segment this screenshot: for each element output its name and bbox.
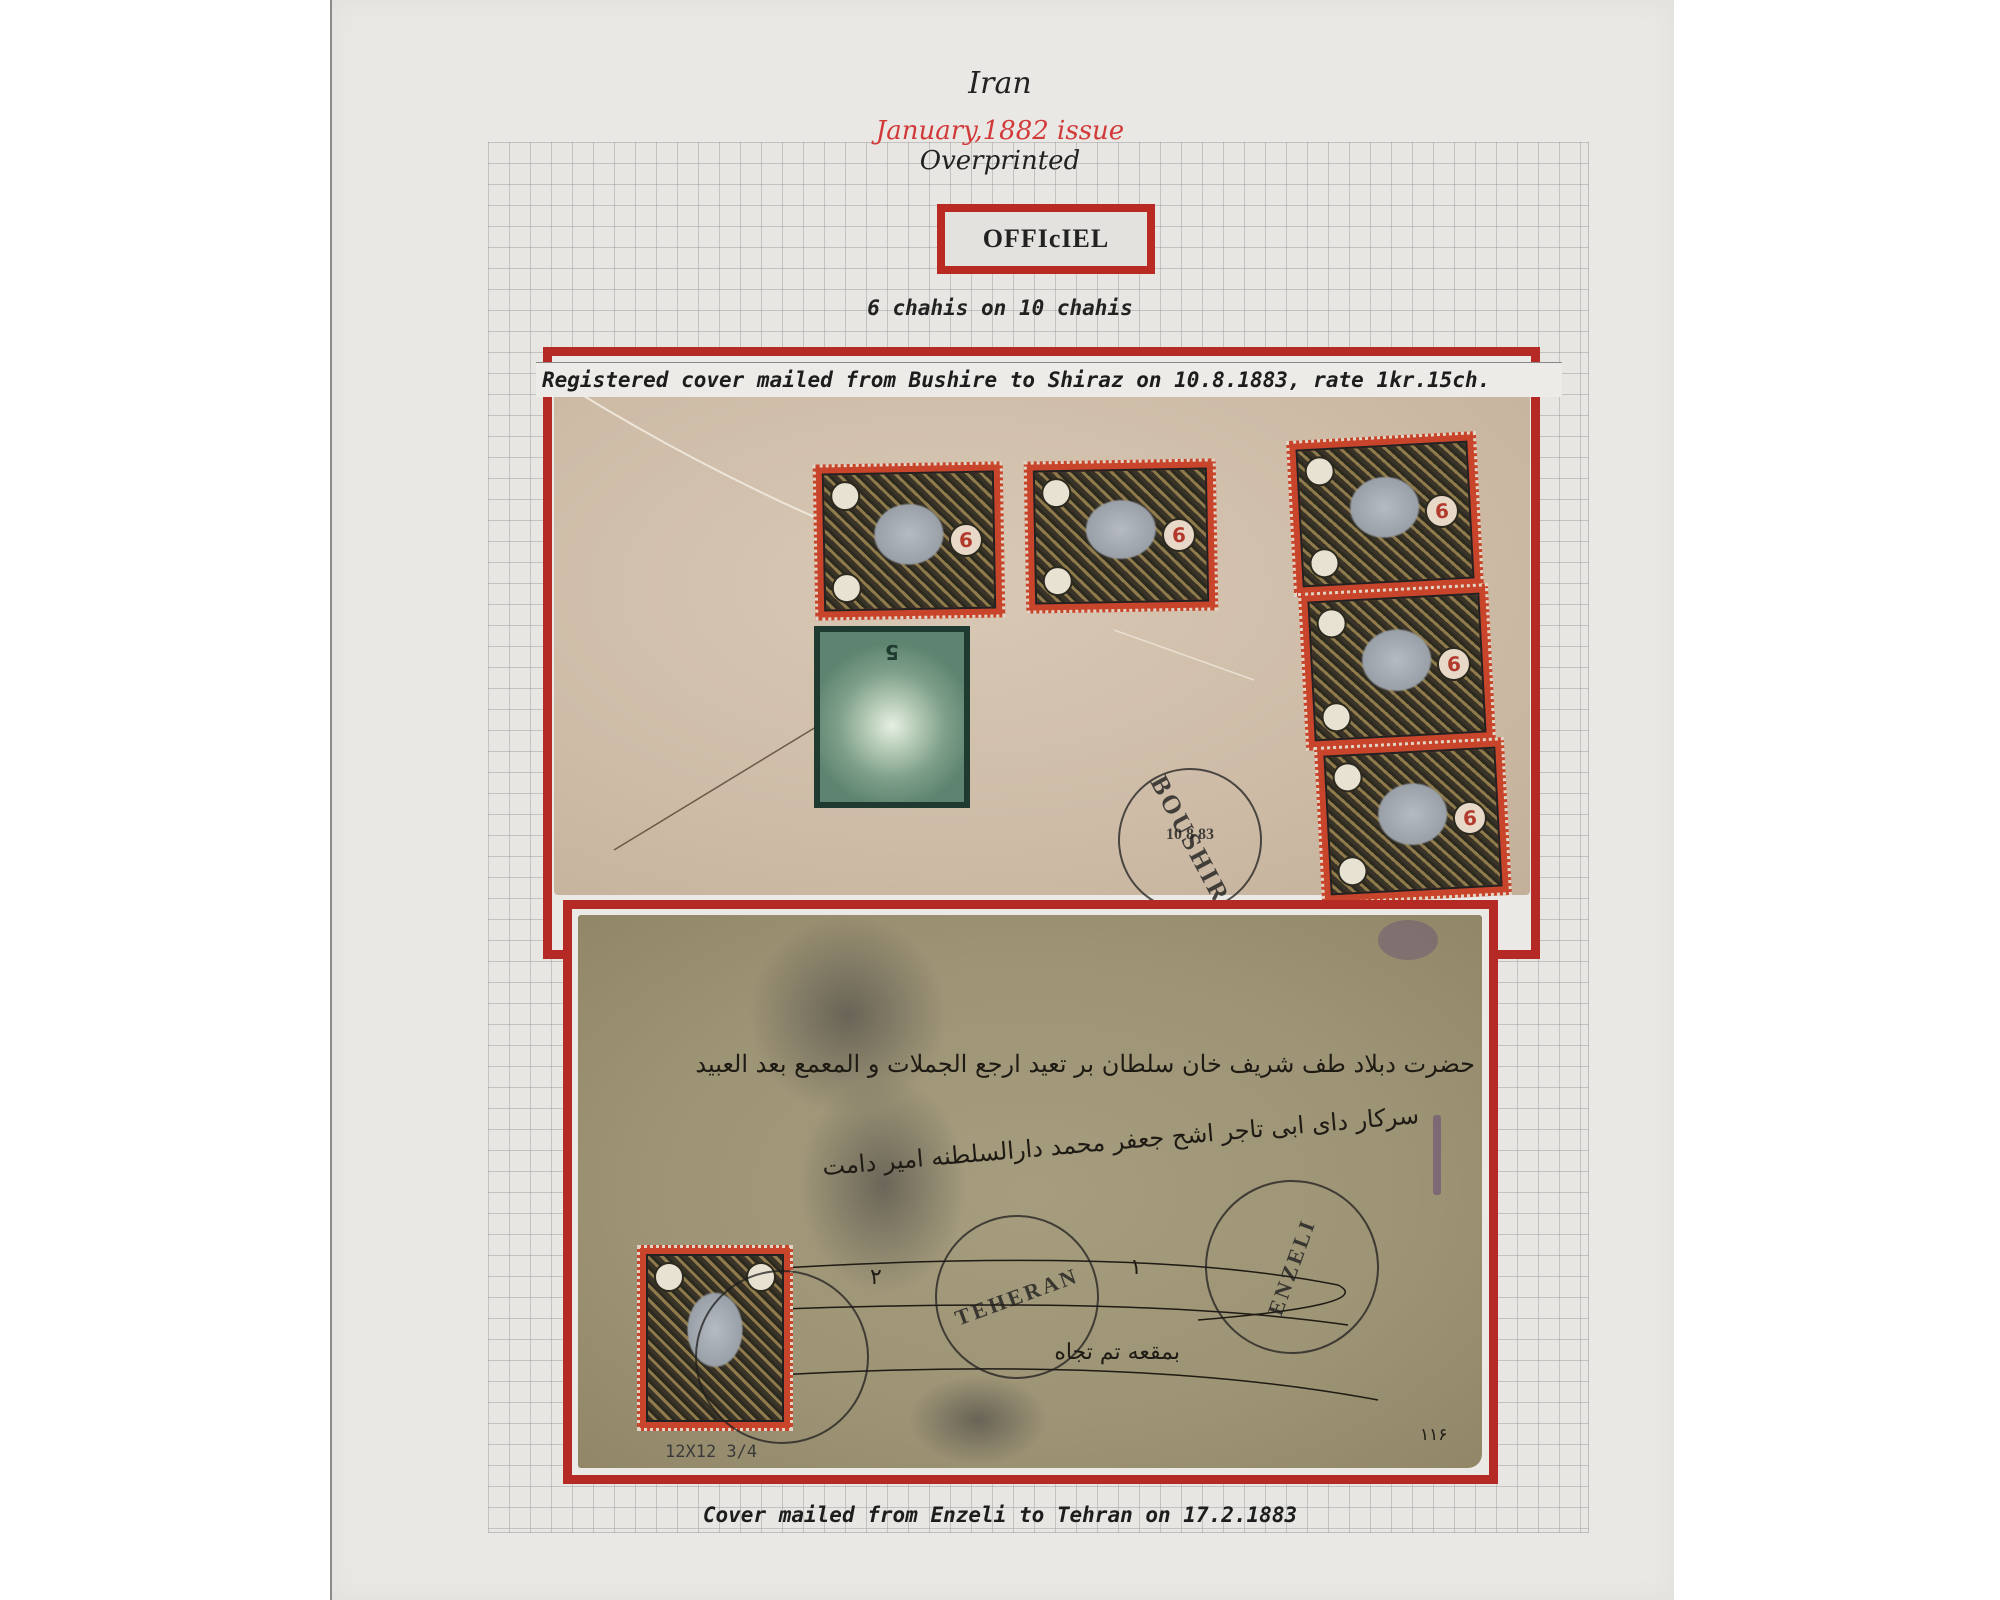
stamp-overprinted: 6 <box>1024 458 1219 613</box>
manuscript-numeral: ۱ <box>1130 1255 1142 1280</box>
stamp-overprinted: 6 <box>1298 583 1496 751</box>
corner-note: ۱۱۶ <box>1420 1425 1447 1445</box>
stamp-overprinted: 6 <box>1314 737 1512 905</box>
value-caption: 6 chahis on 10 chahis <box>0 296 2000 320</box>
pencil-perforation-note: 12X12 3/4 <box>665 1442 757 1462</box>
stamp-overprinted: 6 <box>813 461 1006 620</box>
page-subtitle: Overprinted <box>0 146 2000 176</box>
stamp-overprinted: 6 <box>1286 431 1484 597</box>
page-issue-title: January,1882 issue <box>0 116 2000 146</box>
postmark-date: 10 8 83 <box>1160 815 1220 855</box>
cover2-caption: Cover mailed from Enzeli to Tehran on 17… <box>0 1503 2000 1527</box>
page-country-title: Iran <box>0 66 2000 101</box>
manuscript-numeral: ۲ <box>870 1265 882 1290</box>
cover1-label: Registered cover mailed from Bushire to … <box>536 362 1562 397</box>
stamp-green: 5 <box>814 626 970 808</box>
overprint-label-box: OFFIcIEL <box>937 204 1155 274</box>
overprint-label: OFFIcIEL <box>945 212 1147 266</box>
postmark-enzeli-small <box>695 1270 869 1444</box>
